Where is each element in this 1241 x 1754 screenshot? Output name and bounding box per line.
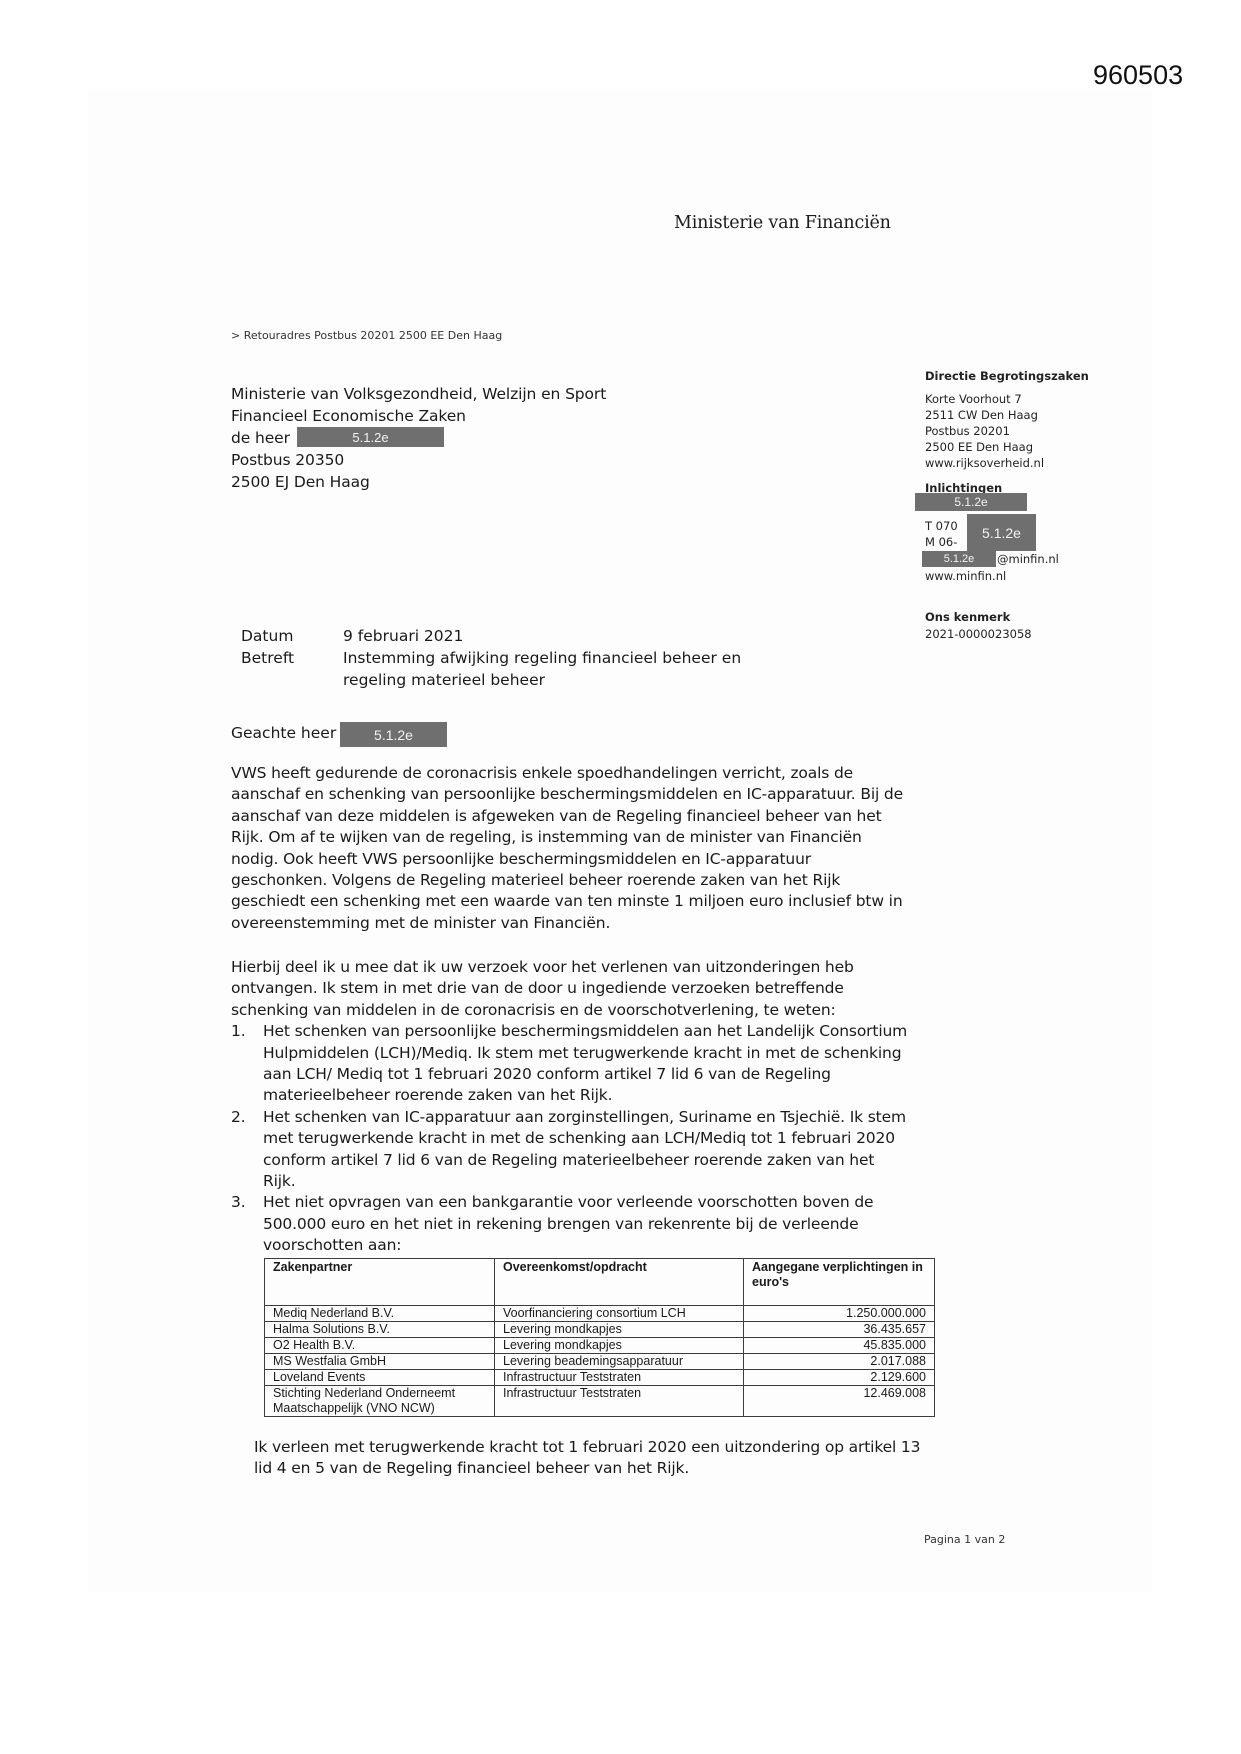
paragraph-text: Hierbij deel ik u mee dat ik uw verzoek …	[231, 957, 911, 1021]
table-header-row: Zakenpartner Overeenkomst/opdracht Aange…	[265, 1259, 935, 1306]
recipient-line: 2500 EJ Den Haag	[231, 473, 370, 491]
table-row: Mediq Nederland B.V.Voorfinanciering con…	[265, 1306, 935, 1322]
sender-address-line: 2511 CW Den Haag	[925, 408, 1038, 422]
list-text: Het schenken van IC-apparatuur aan zorgi…	[263, 1108, 906, 1190]
phone-prefix: T 070	[925, 519, 958, 533]
table-row: Stichting Nederland Onderneemt Maatschap…	[265, 1386, 935, 1417]
subject-value: Instemming afwijking regeling financieel…	[343, 649, 741, 667]
letterhead-organization: Ministerie van Financiën	[674, 213, 891, 233]
list-item: 3. Het niet opvragen van een bankgaranti…	[231, 1192, 911, 1256]
partners-table: Zakenpartner Overeenkomst/opdracht Aange…	[264, 1258, 935, 1417]
paragraph-text: VWS heeft gedurende de coronacrisis enke…	[231, 763, 911, 934]
amount-cell: 45.835.000	[744, 1338, 935, 1354]
date-label: Datum	[241, 627, 293, 645]
redaction-label: 5.1.2e	[374, 727, 413, 743]
sender-address-line: 2500 EE Den Haag	[925, 440, 1033, 454]
partner-cell: Mediq Nederland B.V.	[265, 1306, 495, 1322]
agreement-cell: Levering beademingsapparatuur	[495, 1354, 744, 1370]
redaction-label: 5.1.2e	[352, 430, 388, 445]
recipient-line: Financieel Economische Zaken	[231, 407, 466, 425]
body-paragraph: VWS heeft gedurende de coronacrisis enke…	[231, 763, 911, 934]
redaction-box: 5.1.2e	[915, 493, 1027, 511]
amount-cell: 1.250.000.000	[744, 1306, 935, 1322]
document-number: 960503	[1093, 60, 1183, 91]
return-address: > Retouradres Postbus 20201 2500 EE Den …	[231, 329, 502, 342]
reference-label: Ons kenmerk	[925, 610, 1010, 624]
closing-paragraph: Ik verleen met terugwerkende kracht tot …	[254, 1437, 934, 1480]
reference-value: 2021-0000023058	[925, 627, 1032, 641]
redaction-box: 5.1.2e	[922, 551, 996, 567]
list-item: 2. Het schenken van IC-apparatuur aan zo…	[231, 1107, 911, 1193]
sender-department: Directie Begrotingszaken	[925, 369, 1089, 383]
list-text: Het schenken van persoonlijke beschermin…	[263, 1022, 907, 1104]
partner-cell: Halma Solutions B.V.	[265, 1322, 495, 1338]
amount-cell: 12.469.008	[744, 1386, 935, 1417]
agreement-cell: Voorfinanciering consortium LCH	[495, 1306, 744, 1322]
table-row: Loveland EventsInfrastructuur Teststrate…	[265, 1370, 935, 1386]
agreement-cell: Infrastructuur Teststraten	[495, 1370, 744, 1386]
list-item: 1. Het schenken van persoonlijke bescher…	[231, 1021, 911, 1107]
partner-cell: Stichting Nederland Onderneemt Maatschap…	[265, 1386, 495, 1417]
body-paragraph: Hierbij deel ik u mee dat ik uw verzoek …	[231, 957, 911, 1257]
redaction-label: 5.1.2e	[982, 525, 1021, 541]
email-suffix: @minfin.nl	[997, 552, 1059, 566]
date-value: 9 februari 2021	[343, 627, 463, 645]
amount-cell: 2.129.600	[744, 1370, 935, 1386]
salutation: Geachte heer	[231, 724, 336, 742]
redaction-label: 5.1.2e	[944, 553, 975, 565]
amount-cell: 2.017.088	[744, 1354, 935, 1370]
mobile-prefix: M 06-	[925, 535, 957, 549]
column-header: Overeenkomst/opdracht	[495, 1259, 744, 1306]
sender-address-line: Postbus 20201	[925, 424, 1010, 438]
sender-website: www.rijksoverheid.nl	[925, 456, 1044, 470]
recipient-line: de heer	[231, 429, 290, 447]
table-row: MS Westfalia GmbHLevering beademingsappa…	[265, 1354, 935, 1370]
list-number: 3.	[231, 1192, 246, 1213]
list-text: Het niet opvragen van een bankgarantie v…	[263, 1193, 873, 1254]
subject-label: Betreft	[241, 649, 294, 667]
agreement-cell: Levering mondkapjes	[495, 1322, 744, 1338]
redaction-box: 5.1.2e	[967, 514, 1036, 551]
page-indicator: Pagina 1 van 2	[924, 1533, 1005, 1546]
recipient-line: Ministerie van Volksgezondheid, Welzijn …	[231, 385, 606, 403]
list-number: 2.	[231, 1107, 246, 1128]
subject-value-cont: regeling materieel beheer	[343, 671, 545, 689]
column-header: Zakenpartner	[265, 1259, 495, 1306]
recipient-line: Postbus 20350	[231, 451, 344, 469]
redaction-box: 5.1.2e	[297, 427, 444, 447]
agreement-cell: Infrastructuur Teststraten	[495, 1386, 744, 1417]
column-header: Aangegane verplichtingen in euro's	[744, 1259, 935, 1306]
table-row: O2 Health B.V.Levering mondkapjes45.835.…	[265, 1338, 935, 1354]
agreement-cell: Levering mondkapjes	[495, 1338, 744, 1354]
minfin-website: www.minfin.nl	[925, 569, 1006, 583]
list-number: 1.	[231, 1021, 246, 1042]
redaction-label: 5.1.2e	[954, 495, 987, 509]
amount-cell: 36.435.657	[744, 1322, 935, 1338]
sender-address-line: Korte Voorhout 7	[925, 392, 1022, 406]
paragraph-text: Ik verleen met terugwerkende kracht tot …	[254, 1437, 934, 1480]
table-row: Halma Solutions B.V.Levering mondkapjes3…	[265, 1322, 935, 1338]
redaction-box: 5.1.2e	[340, 722, 447, 747]
partner-cell: O2 Health B.V.	[265, 1338, 495, 1354]
partner-cell: Loveland Events	[265, 1370, 495, 1386]
partner-cell: MS Westfalia GmbH	[265, 1354, 495, 1370]
